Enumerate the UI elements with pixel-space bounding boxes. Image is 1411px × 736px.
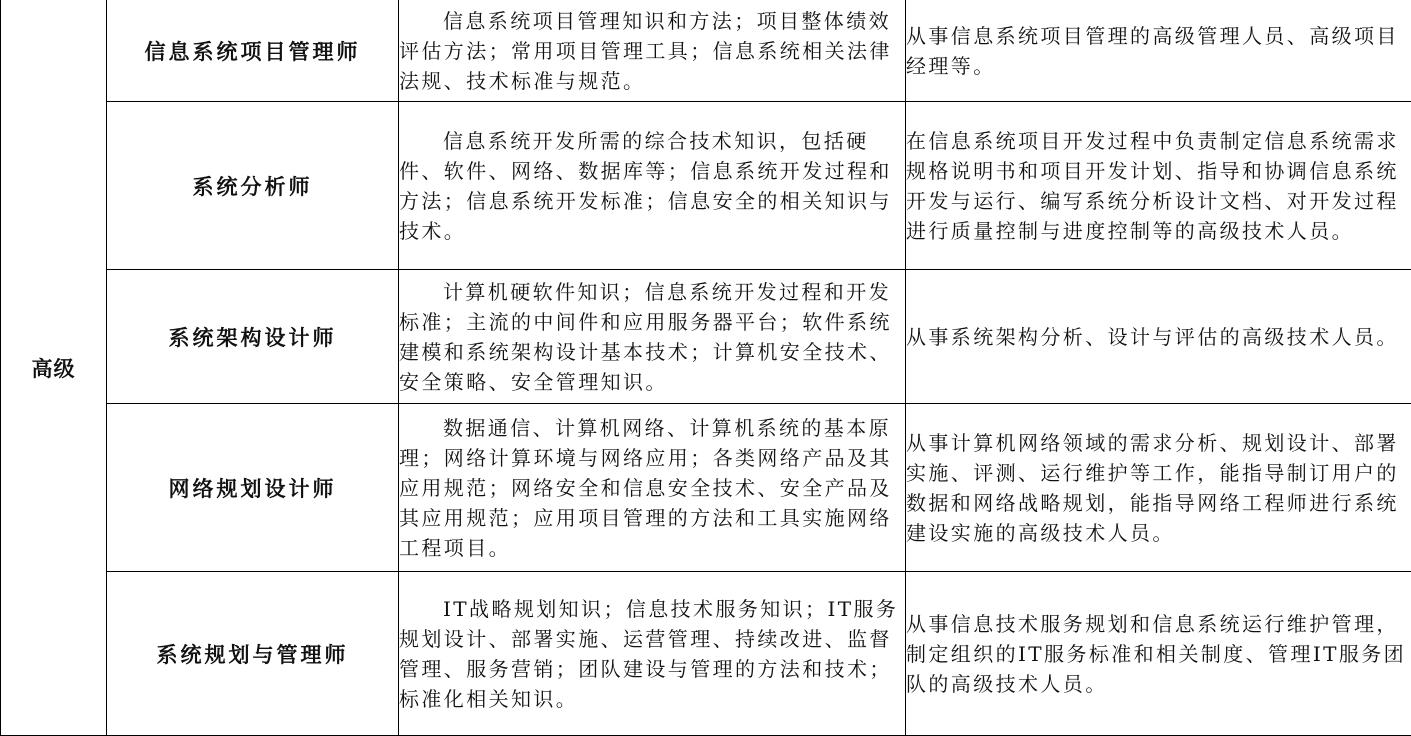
certification-table: 高级 信息系统项目管理师 信息系统项目管理知识和方法；项目整体绩效评估方法；常用…: [0, 0, 1411, 736]
table-row: 系统分析师 信息系统开发所需的综合技术知识，包括硬件、软件、网络、数据库等；信息…: [1, 102, 1411, 270]
knowledge-description: IT战略规划知识；信息技术服务知识；IT服务规划设计、部署实施、运营管理、持续改…: [399, 572, 906, 736]
exam-title: 系统规划与管理师: [107, 572, 399, 736]
exam-title: 系统分析师: [107, 102, 399, 270]
role-description: 从事计算机网络领域的需求分析、规划设计、部署实施、评测、运行维护等工作，能指导制…: [906, 404, 1411, 572]
table-row: 系统规划与管理师 IT战略规划知识；信息技术服务知识；IT服务规划设计、部署实施…: [1, 572, 1411, 736]
knowledge-description: 信息系统开发所需的综合技术知识，包括硬件、软件、网络、数据库等；信息系统开发过程…: [399, 102, 906, 270]
role-description: 在信息系统项目开发过程中负责制定信息系统需求规格说明书和项目开发计划、指导和协调…: [906, 102, 1411, 270]
exam-title: 信息系统项目管理师: [107, 0, 399, 102]
level-cell: 高级: [1, 0, 107, 736]
table-row: 系统架构设计师 计算机硬软件知识；信息系统开发过程和开发标准；主流的中间件和应用…: [1, 270, 1411, 404]
table-row: 网络规划设计师 数据通信、计算机网络、计算机系统的基本原理；网络计算环境与网络应…: [1, 404, 1411, 572]
role-description: 从事信息系统项目管理的高级管理人员、高级项目经理等。: [906, 0, 1411, 102]
table-row: 高级 信息系统项目管理师 信息系统项目管理知识和方法；项目整体绩效评估方法；常用…: [1, 0, 1411, 102]
exam-title: 系统架构设计师: [107, 270, 399, 404]
exam-title: 网络规划设计师: [107, 404, 399, 572]
role-description: 从事系统架构分析、设计与评估的高级技术人员。: [906, 270, 1411, 404]
role-description: 从事信息技术服务规划和信息系统运行维护管理，制定组织的IT服务标准和相关制度、管…: [906, 572, 1411, 736]
knowledge-description: 数据通信、计算机网络、计算机系统的基本原理；网络计算环境与网络应用；各类网络产品…: [399, 404, 906, 572]
knowledge-description: 计算机硬软件知识；信息系统开发过程和开发标准；主流的中间件和应用服务器平台；软件…: [399, 270, 906, 404]
knowledge-description: 信息系统项目管理知识和方法；项目整体绩效评估方法；常用项目管理工具；信息系统相关…: [399, 0, 906, 102]
